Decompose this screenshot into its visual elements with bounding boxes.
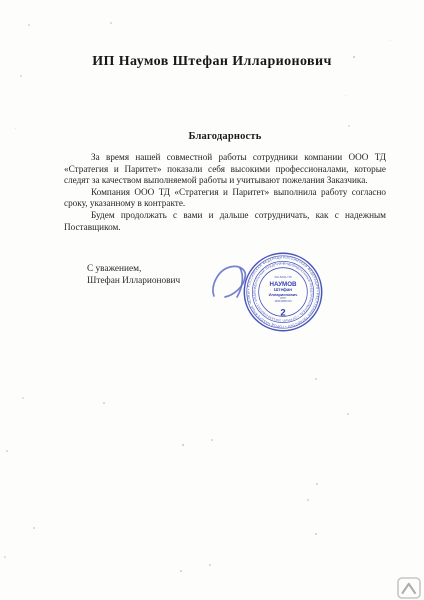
stamp-inn-value: 165043897215 [274,299,292,303]
scan-speck [180,570,182,572]
scan-speck [315,533,317,535]
chevron-A-icon [403,584,416,593]
scan-speck [390,40,391,41]
scan-speck [353,56,355,58]
scan-speck [22,397,24,399]
paragraph-1: За время нашей совместной работы сотрудн… [64,152,386,187]
scan-speck [347,413,349,415]
signature-stroke [237,268,242,297]
scan-speck [103,402,105,404]
scan-speck [211,439,213,441]
scanned-letter-page: ИП Наумов Штефан Илларионович Благодарно… [0,0,424,600]
signature-block: С уважением, Штефан Илларионович [87,263,180,288]
scan-speck [4,556,6,558]
scan-speck [209,564,211,566]
signoff-name: Штефан Илларионович [87,275,180,287]
document-title: Благодарность [64,131,386,142]
scan-speck [6,450,8,452]
scan-speck [182,444,184,446]
scan-speck [348,125,350,127]
paragraph-2: Компания ООО ТД «Стратегия и Паритет» вы… [64,187,386,210]
round-stamp: РОССИЙСКАЯ ФЕДЕРАЦИЯ • РЕСПУБЛИКА ТАТАРС… [243,252,323,332]
signoff-regards: С уважением, [87,263,180,275]
scan-speck [15,128,16,129]
scan-speck [20,75,22,77]
scan-speck [33,527,35,529]
stamp-code: 316-5232-715 [274,275,292,279]
scan-speck [110,22,112,24]
letterhead-title: ИП Наумов Штефан Илларионович [50,54,374,70]
watermark-logo [397,577,421,599]
scan-speck [307,499,309,501]
scan-speck [28,24,30,26]
scan-speck [316,483,318,485]
stamp-copy-number: 2 [280,308,285,319]
paragraph-3: Будем продолжать с вами и дальше сотрудн… [64,210,386,233]
document-body: За время нашей совместной работы сотрудн… [64,152,386,233]
watermark-frame [398,578,420,598]
scan-speck [315,378,317,380]
scan-speck [345,95,346,96]
